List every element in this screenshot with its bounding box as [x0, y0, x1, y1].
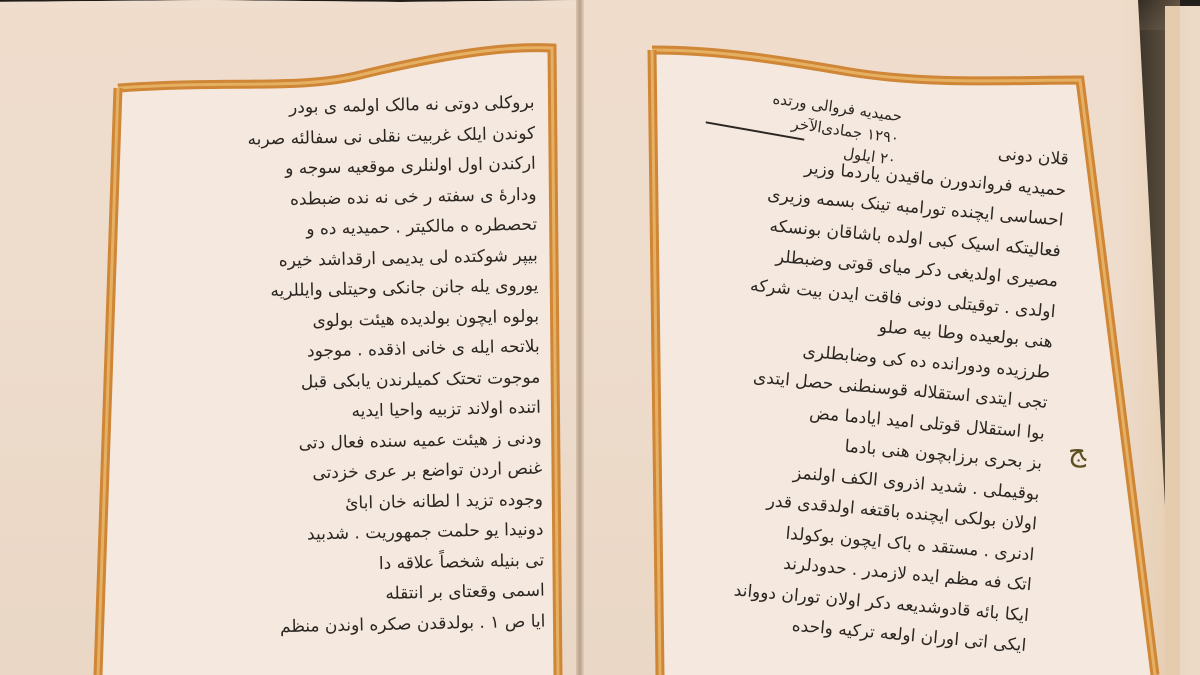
left-page-text: بروکلی دوتی نه مالک اولمه ی بودر کوندن ا…	[114, 88, 545, 646]
marginal-annotation-mark: ﺞ	[1068, 435, 1086, 468]
photo-scene: بروکلی دوتی نه مالک اولمه ی بودر کوندن ا…	[0, 0, 1200, 675]
right-page-text: قلان دونی حمیدیه فرواندورن ماقیدن یاردما…	[626, 110, 1070, 661]
